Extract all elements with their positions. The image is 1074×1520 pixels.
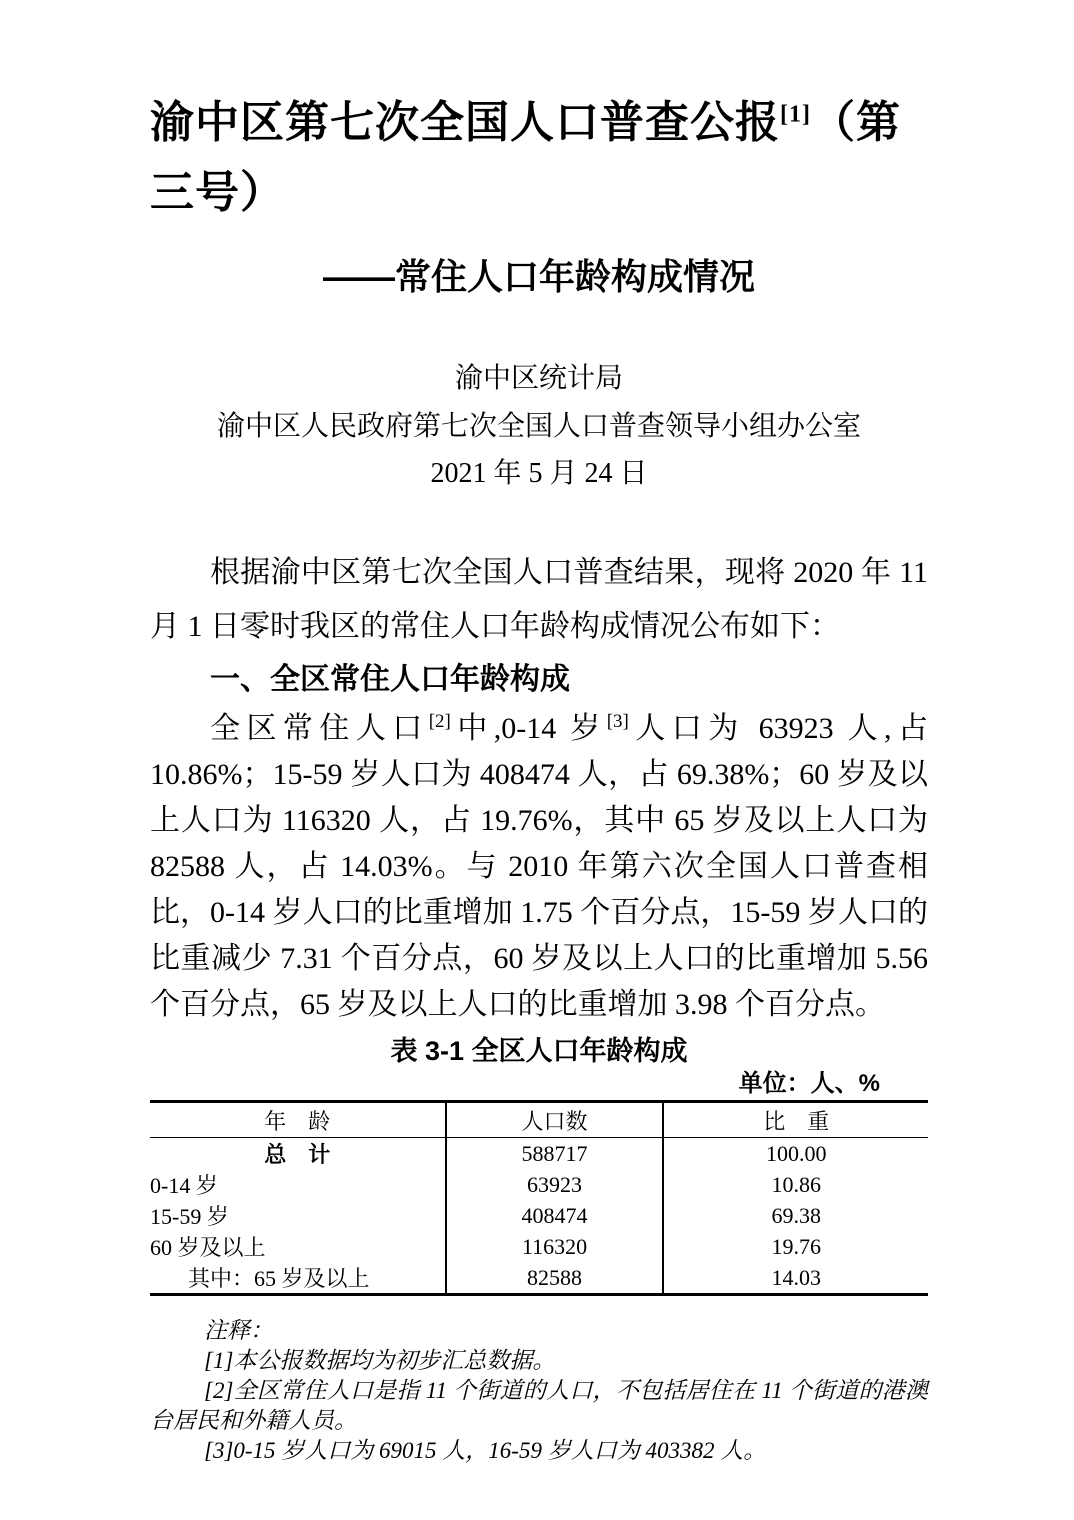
document-title: 渝中区第七次全国人口普查公报[1]（第三号） bbox=[150, 88, 928, 228]
table-caption: 表 3-1 全区人口年龄构成 bbox=[150, 1034, 928, 1068]
intro-paragraph: 根据渝中区第七次全国人口普查结果，现将 2020 年 11 月 1 日零时我区的… bbox=[150, 546, 928, 654]
document-page: 渝中区第七次全国人口普查公报[1]（第三号） ——常住人口年龄构成情况 渝中区统… bbox=[0, 0, 1074, 1520]
table-row-60-plus: 60 岁及以上 116320 19.76 bbox=[150, 1231, 928, 1262]
cell-share: 10.86 bbox=[663, 1169, 928, 1200]
cell-share: 19.76 bbox=[663, 1231, 928, 1262]
footnote-ref-3: [3] bbox=[607, 711, 629, 732]
notes-label: 注释： bbox=[150, 1316, 928, 1346]
cell-share: 69.38 bbox=[663, 1200, 928, 1231]
document-subtitle: ——常住人口年龄构成情况 bbox=[150, 252, 928, 302]
statistics-paragraph: 全区常住人口[2]中,0-14 岁[3]人口为 63923 人,占 10.86%… bbox=[150, 706, 928, 1028]
para2-segment-1: 全区常住人口 bbox=[210, 712, 429, 745]
cell-age: 总 计 bbox=[150, 1138, 446, 1170]
para2-segment-3: 人口为 63923 人,占 10.86%；15-59 岁人口为 408474 人… bbox=[150, 712, 928, 1021]
cell-age: 其中：65 岁及以上 bbox=[150, 1262, 446, 1295]
table-row-15-59: 15-59 岁 408474 69.38 bbox=[150, 1200, 928, 1231]
header-share: 比 重 bbox=[663, 1102, 928, 1138]
title-footnote-ref: [1] bbox=[780, 101, 811, 127]
notes-section: 注释： [1]本公报数据均为初步汇总数据。 [2]全区常住人口是指 11 个街道… bbox=[150, 1316, 928, 1466]
cell-age: 60 岁及以上 bbox=[150, 1231, 446, 1262]
table-unit-note: 单位：人、% bbox=[150, 1070, 928, 1098]
cell-share: 14.03 bbox=[663, 1262, 928, 1295]
note-3: [3]0-15 岁人口为 69015 人，16-59 岁人口为 403382 人… bbox=[150, 1436, 928, 1466]
cell-age: 0-14 岁 bbox=[150, 1169, 446, 1200]
table-row-0-14: 0-14 岁 63923 10.86 bbox=[150, 1169, 928, 1200]
header-age: 年 龄 bbox=[150, 1102, 446, 1138]
table-row-total: 总 计 588717 100.00 bbox=[150, 1138, 928, 1170]
cell-population: 408474 bbox=[446, 1200, 664, 1231]
table-header-row: 年 龄 人口数 比 重 bbox=[150, 1102, 928, 1138]
para2-segment-2: 中,0-14 岁 bbox=[451, 712, 607, 745]
table-row-65-plus: 其中：65 岁及以上 82588 14.03 bbox=[150, 1262, 928, 1295]
cell-population: 116320 bbox=[446, 1231, 664, 1262]
cell-population: 63923 bbox=[446, 1169, 664, 1200]
note-2: [2]全区常住人口是指 11 个街道的人口，不包括居住在 11 个街道的港澳台居… bbox=[150, 1376, 928, 1436]
footnote-ref-2: [2] bbox=[429, 711, 451, 732]
cell-population: 82588 bbox=[446, 1262, 664, 1295]
publish-date: 2021 年 5 月 24 日 bbox=[150, 456, 928, 492]
age-composition-table: 年 龄 人口数 比 重 总 计 588717 100.00 0-14 岁 639… bbox=[150, 1100, 928, 1296]
section-heading: 一、全区常住人口年龄构成 bbox=[150, 654, 928, 706]
cell-age: 15-59 岁 bbox=[150, 1200, 446, 1231]
cell-population: 588717 bbox=[446, 1138, 664, 1170]
cell-share: 100.00 bbox=[663, 1138, 928, 1170]
note-1: [1]本公报数据均为初步汇总数据。 bbox=[150, 1346, 928, 1376]
issuer-line-2: 渝中区人民政府第七次全国人口普查领导小组办公室 bbox=[150, 408, 928, 444]
document-title-main: 渝中区第七次全国人口普查公报 bbox=[150, 98, 780, 147]
header-population: 人口数 bbox=[446, 1102, 664, 1138]
issuer-line-1: 渝中区统计局 bbox=[150, 360, 928, 396]
